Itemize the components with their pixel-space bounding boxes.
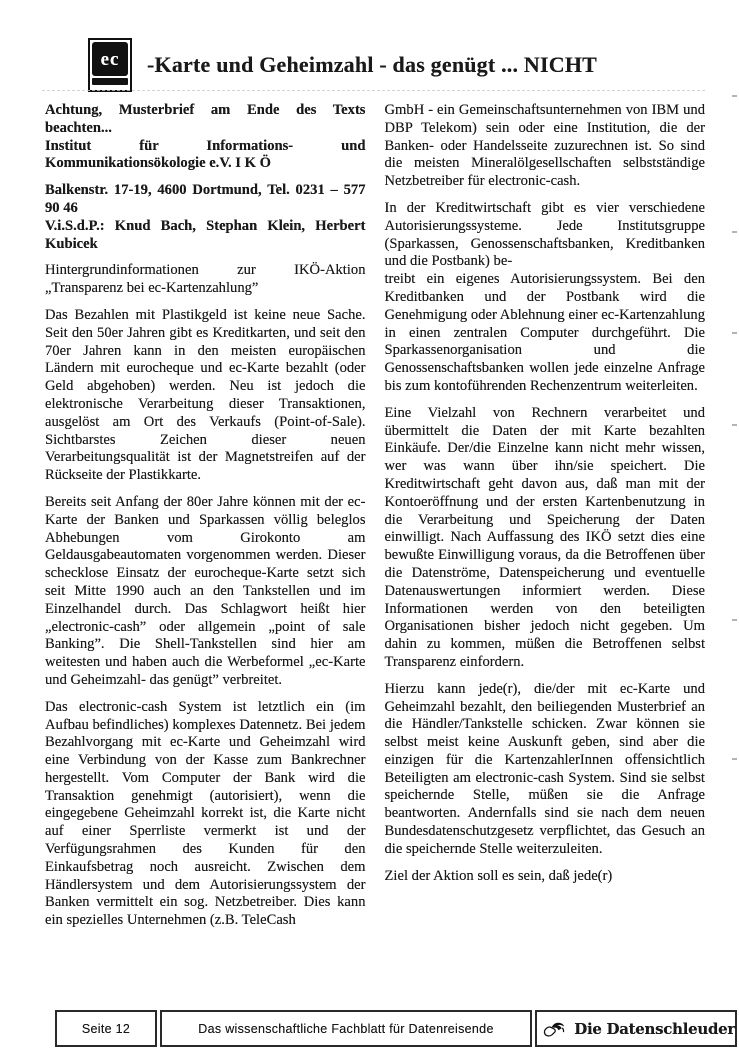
masthead: ec -Karte und Geheimzahl - das genügt ..… (0, 0, 739, 94)
imprint-line: V.i.S.d.P.: Knud Bach, Stephan Klein, He… (45, 218, 366, 254)
ec-card-logo: ec (88, 38, 132, 92)
page-number: Seite 12 (82, 1022, 130, 1036)
header-divider (42, 90, 705, 91)
paragraph: Ziel der Aktion soll es sein, daß jede(r… (385, 868, 706, 886)
paragraph: treibt ein eigenes Autorisierungssystem.… (385, 271, 706, 396)
institute-address: Balkenstr. 17-19, 4600 Dortmund, Tel. 02… (45, 182, 366, 218)
paragraph: Das Bezahlen mit Plastikgeld ist keine n… (45, 307, 366, 485)
scan-mark (732, 332, 737, 334)
paragraph: Bereits seit Anfang der 80er Jahre könne… (45, 494, 366, 690)
section-heading: Hintergrundinformationen zur IKÖ-Aktion … (45, 262, 366, 298)
scan-mark (732, 95, 737, 97)
hand-slingshot-icon (543, 1015, 570, 1043)
ec-logo-text: ec (92, 42, 128, 76)
institute-name: Institut für Informations- und Kommunika… (45, 138, 366, 174)
paragraph: In der Kreditwirtschaft gibt es vier ver… (385, 200, 706, 271)
footer-brand-box: Die Datenschleuder (535, 1010, 737, 1047)
notice-text: Achtung, Musterbrief am Ende des Texts b… (45, 102, 366, 138)
footer-tagline: Das wissenschaftliche Fachblatt für Date… (198, 1022, 493, 1036)
document-page: ec -Karte und Geheimzahl - das genügt ..… (0, 0, 739, 1055)
right-column: GmbH - ein Gemeinschaftsunternehmen von … (385, 102, 706, 930)
brand-name: Die Datenschleuder (574, 1020, 735, 1038)
page-title: -Karte und Geheimzahl - das genügt ... N… (147, 52, 597, 78)
scan-mark (732, 424, 737, 426)
paragraph: Eine Vielzahl von Rechnern verarbeitet u… (385, 405, 706, 672)
paragraph: Hierzu kann jede(r), die/der mit ec-Kart… (385, 681, 706, 859)
footer-tagline-box: Das wissenschaftliche Fachblatt für Date… (160, 1010, 532, 1047)
scan-mark (732, 758, 737, 760)
article-body: Achtung, Musterbrief am Ende des Texts b… (0, 94, 739, 930)
paragraph: Das electronic-cash System ist letztlich… (45, 699, 366, 930)
page-footer: Seite 12 Das wissenschaftliche Fachblatt… (55, 1010, 737, 1047)
page-number-box: Seite 12 (55, 1010, 157, 1047)
ec-logo-strip (92, 78, 128, 85)
scan-mark (732, 231, 737, 233)
paragraph: GmbH - ein Gemeinschaftsunternehmen von … (385, 102, 706, 191)
scan-mark (732, 619, 737, 621)
left-column: Achtung, Musterbrief am Ende des Texts b… (45, 102, 366, 930)
